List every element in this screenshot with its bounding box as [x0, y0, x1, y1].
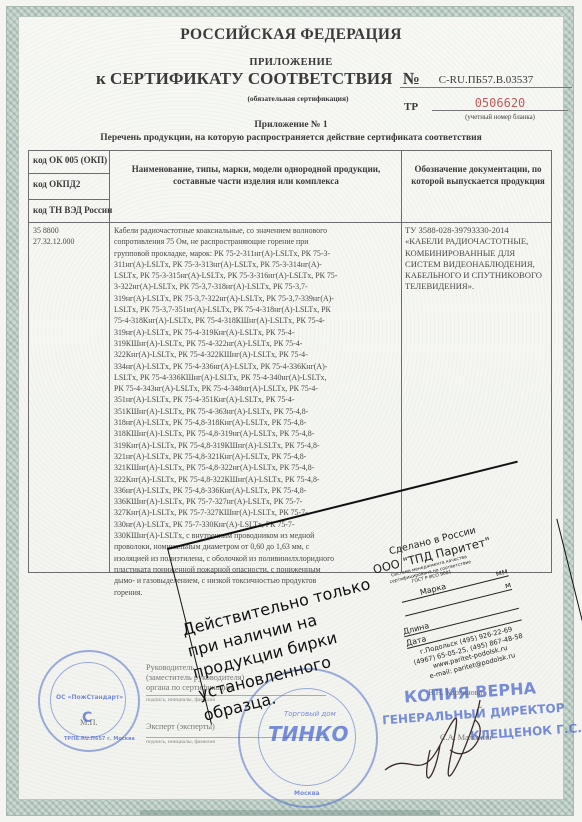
- product-description-line: 322Кнг(А)-LSLTx, РК 75-4-322КШнг(А)-LSLT…: [114, 349, 399, 360]
- code-okp-value: 35 8800: [33, 225, 74, 236]
- table-divider: [29, 173, 109, 174]
- certification-body-seal: ОС «ПожСтандарт» С ТРПБ.RU.П657 г. Москв…: [38, 650, 140, 752]
- product-description-line: 322Кнг(А)-LSLTx, РК 75-4,8-322КШнг(А)-LS…: [114, 474, 399, 485]
- documentation-column-header: Обозначение документации, по которой вып…: [407, 163, 549, 187]
- code-okpd2-value: 27.32.12.000: [33, 236, 74, 247]
- product-description-line: 318нг(А)-LSLTx, РК 75-4,8-318Кнг(А)-LSLT…: [114, 417, 399, 428]
- product-description-line: Кабели радиочастотные коаксиальные, со з…: [114, 225, 399, 236]
- product-description-line: 351нг(А)-LSLTx, РК 75-4-351Кнг(А)-LSLTx,…: [114, 394, 399, 405]
- code-okpd2-header: код ОКПД2: [33, 179, 80, 189]
- code-tnved-header: код ТН ВЭД России: [33, 205, 112, 215]
- appendix-heading: ПРИЛОЖЕНИЕ: [0, 57, 582, 68]
- product-description-line: 311нг(А)-LSLTx, РК 75-3-313нг(А)-LSLTx, …: [114, 259, 399, 270]
- seal-top-text: Торговый дом: [284, 710, 336, 718]
- product-description-line: LSLTx, РК 75-3,7-351нг(А)-LSLTx, РК 75-4…: [114, 304, 399, 315]
- documentation-line: КАБЕЛЬНОГО И СПУТНИКОВОГО: [405, 270, 551, 281]
- blank-number: 0506620: [432, 96, 568, 111]
- certificate-title-text: к СЕРТИФИКАТУ СООТВЕТСТВИЯ: [96, 69, 392, 88]
- product-description-line: 319Кнг(А)-LSLTx, РК 75-4,8-319КШнг(А)-LS…: [114, 440, 399, 451]
- documentation-line: «КАБЕЛИ РАДИОЧАСТОТНЫЕ,: [405, 236, 551, 247]
- product-description-line: 321КШнг(А)-LSLTx, РК 75-4,8-322нг(А)-LSL…: [114, 462, 399, 473]
- seal-logo-text: ТИНКО: [268, 722, 348, 746]
- table-divider: [29, 199, 109, 200]
- seal-bottom-text: ТРПБ.RU.П657 г. Москва: [64, 736, 135, 742]
- footer-microtext: [140, 810, 440, 815]
- product-codes: 35 8800 27.32.12.000: [33, 225, 74, 248]
- product-description-line: LSLTx, РК 75-3-315нг(А)-LSLTx, РК 75-3-3…: [114, 270, 399, 281]
- list-title: Перечень продукции, на которую распростр…: [0, 133, 582, 143]
- country-heading: РОССИЙСКАЯ ФЕДЕРАЦИЯ: [0, 26, 582, 44]
- product-description-line: 351КШнг(А)-LSLTx, РК 75-4-363нг(А)-LSLTx…: [114, 406, 399, 417]
- seal-bottom-text: Москва: [294, 790, 320, 797]
- unit-m: м: [504, 580, 512, 590]
- documentation-line: ТУ 3588-028-39793330-2014: [405, 225, 551, 236]
- seal-logo-icon: С: [82, 710, 92, 726]
- product-description-line: 319нг(А)-LSLTx, РК 75-3,7-322нг(А)-LSLTx…: [114, 293, 399, 304]
- product-description-line: сопротивления 75 Ом, не распространяющие…: [114, 236, 399, 247]
- product-description-line: LSLTx, РК 75-4-336КШнг(А)-LSLTx, РК 75-4…: [114, 372, 399, 383]
- certificate-number: C-RU.ПБ57.В.03537: [400, 74, 572, 88]
- documentation-reference: ТУ 3588-028-39793330-2014«КАБЕЛИ РАДИОЧА…: [405, 225, 551, 293]
- certificate-title: к СЕРТИФИКАТУ СООТВЕТСТВИЯ №: [96, 69, 420, 89]
- product-description-line: 318КШнг(А)-LSLTx, РК 75-4,8-319нг(А)-LSL…: [114, 428, 399, 439]
- product-description-line: 319КШнг(А)-LSLTx, РК 75-4-322нг(А)-LSLTx…: [114, 338, 399, 349]
- documentation-line: ТЕЛЕВИДЕНИЯ».: [405, 281, 551, 292]
- seal-center-text: ОС «ПожСтандарт»: [56, 694, 123, 701]
- unit-mm: мм: [495, 567, 509, 579]
- code-okp-header: код ОК 005 (ОКП): [33, 155, 107, 165]
- annex-title: Приложение № 1: [0, 120, 582, 130]
- product-description-line: 336нг(А)-LSLTx, РК 75-4,8-336Кнг(А)-LSLT…: [114, 485, 399, 496]
- product-description-line: 3-322нг(А)-LSLTx, РК 75-3,7-318нг(А)-LSL…: [114, 281, 399, 292]
- product-description-line: РК 75-4-343нг(А)-LSLTx, РК 75-4-348нг(А)…: [114, 383, 399, 394]
- product-description-line: 321нг(А)-LSLTx, РК 75-4,8-321Кнг(А)-LSLT…: [114, 451, 399, 462]
- brand-label: Марка: [419, 582, 447, 597]
- handwritten-signature: [380, 690, 500, 800]
- product-description-line: 75-4-318Кнг(А)-LSLTx, РК 75-4-318КШнг(А)…: [114, 315, 399, 326]
- documentation-line: СИСТЕМ ВИДЕОНАБЛЮДЕНИЯ,: [405, 259, 551, 270]
- expert-title: Эксперт (эксперты): [146, 722, 215, 732]
- blank-prefix: ТР: [404, 101, 418, 113]
- product-column-header: Наименование, типы, марки, модели одноро…: [121, 163, 391, 187]
- product-description-line: 334нг(А)-LSLTx, РК 75-4-336нг(А)-LSLTx, …: [114, 361, 399, 372]
- documentation-line: КОМБИНИРОВАННЫЕ ДЛЯ: [405, 248, 551, 259]
- product-description-line: групповой прокладке, марок: РК 75-2-311н…: [114, 248, 399, 259]
- product-description-line: 319нг(А)-LSLTx, РК 75-4-319Кнг(А)-LSLTx,…: [114, 327, 399, 338]
- table-divider: [29, 222, 551, 223]
